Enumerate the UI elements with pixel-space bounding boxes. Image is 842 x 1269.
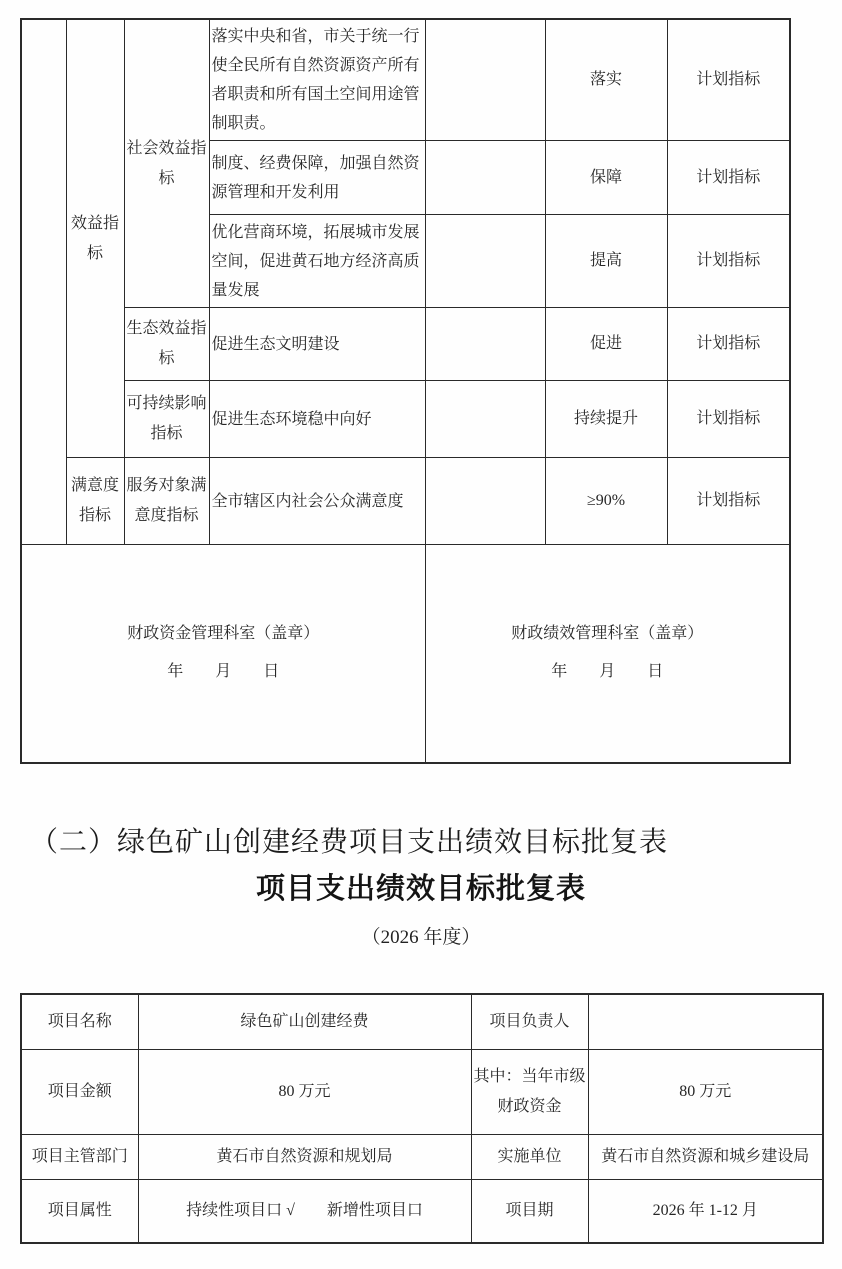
signature-right-org: 财政绩效管理科室（盖章）: [426, 615, 790, 653]
indicator-blank-cell-2: [425, 141, 545, 215]
indicator-type-1: 计划指标: [667, 19, 790, 141]
indicator-type-2: 计划指标: [667, 141, 790, 215]
doc-subtitle: （2026 年度）: [0, 922, 842, 949]
indicator-desc-3: 优化营商环境，拓展城市发展空间，促进黄石地方经济高质量发展: [209, 215, 425, 308]
department-label: 项目主管部门: [21, 1134, 138, 1179]
indicator-desc-4: 促进生态文明建设: [209, 308, 425, 381]
indicator-subgroup-sustain: 可持续影响指标: [124, 381, 209, 458]
project-leader-value: [588, 994, 823, 1049]
indicator-blank-cell-1: [425, 19, 545, 141]
city-funds-value: 80 万元: [588, 1049, 823, 1134]
indicator-type-5: 计划指标: [667, 381, 790, 458]
indicator-desc-5: 促进生态环境稳中向好: [209, 381, 425, 458]
project-amount-value: 80 万元: [138, 1049, 471, 1134]
indicator-blank-cell-5: [425, 381, 545, 458]
indicator-blank-cell-3: [425, 215, 545, 308]
signature-left-date: 年 月 日: [22, 653, 425, 691]
attribute-label: 项目属性: [21, 1179, 138, 1243]
project-name-value: 绿色矿山创建经费: [138, 994, 471, 1049]
indicator-type-4: 计划指标: [667, 308, 790, 381]
indicator-value-1: 落实: [545, 19, 667, 141]
doc-title: 项目支出绩效目标批复表: [0, 866, 842, 907]
project-row-attribute: 项目属性 持续性项目口 √ 新增性项目口 项目期 2026 年 1-12 月: [21, 1179, 823, 1243]
indicator-value-5: 持续提升: [545, 381, 667, 458]
attribute-value: 持续性项目口 √ 新增性项目口: [138, 1179, 471, 1243]
indicator-value-6: ≥90%: [545, 458, 667, 545]
project-row-department: 项目主管部门 黄石市自然资源和规划局 实施单位 黄石市自然资源和城乡建设局: [21, 1134, 823, 1179]
indicator-type-6: 计划指标: [667, 458, 790, 545]
signature-left-cell: 财政资金管理科室（盖章） 年 月 日: [21, 545, 425, 763]
indicator-subgroup-eco: 生态效益指标: [124, 308, 209, 381]
category-empty-cell: [21, 19, 66, 545]
document-page: 效益指标 社会效益指标 落实中央和省，市关于统一行使全民所有自然资源资产所有者职…: [0, 0, 842, 1269]
indicator-value-2: 保障: [545, 141, 667, 215]
project-table: 项目名称 绿色矿山创建经费 项目负责人 项目金额 80 万元 其中：当年市级财政…: [20, 993, 824, 1244]
indicator-desc-6: 全市辖区内社会公众满意度: [209, 458, 425, 545]
implement-unit-label: 实施单位: [471, 1134, 588, 1179]
indicator-desc-2: 制度、经费保障，加强自然资源管理和开发利用: [209, 141, 425, 215]
indicator-value-4: 促进: [545, 308, 667, 381]
indicator-value-3: 提高: [545, 215, 667, 308]
indicator-subgroup-service: 服务对象满意度指标: [124, 458, 209, 545]
signature-right-date: 年 月 日: [426, 653, 790, 691]
section-heading: （二）绿色矿山创建经费项目支出绩效目标批复表: [30, 820, 668, 860]
indicator-blank-cell-6: [425, 458, 545, 545]
signature-right-cell: 财政绩效管理科室（盖章） 年 月 日: [425, 545, 790, 763]
project-row-amount: 项目金额 80 万元 其中：当年市级财政资金 80 万元: [21, 1049, 823, 1134]
indicator-type-3: 计划指标: [667, 215, 790, 308]
indicator-blank-cell-4: [425, 308, 545, 381]
implement-unit-value: 黄石市自然资源和城乡建设局: [588, 1134, 823, 1179]
signature-left-org: 财政资金管理科室（盖章）: [22, 615, 425, 653]
indicator-group-benefit: 效益指标: [66, 19, 124, 458]
period-label: 项目期: [471, 1179, 588, 1243]
project-amount-label: 项目金额: [21, 1049, 138, 1134]
project-row-name: 项目名称 绿色矿山创建经费 项目负责人: [21, 994, 823, 1049]
indicator-subgroup-social: 社会效益指标: [124, 19, 209, 308]
department-value: 黄石市自然资源和规划局: [138, 1134, 471, 1179]
project-name-label: 项目名称: [21, 994, 138, 1049]
indicator-desc-1: 落实中央和省，市关于统一行使全民所有自然资源资产所有者职责和所有国土空间用途管制…: [209, 19, 425, 141]
indicator-group-satisfaction: 满意度指标: [66, 458, 124, 545]
period-value: 2026 年 1-12 月: [588, 1179, 823, 1243]
indicator-table: 效益指标 社会效益指标 落实中央和省，市关于统一行使全民所有自然资源资产所有者职…: [20, 18, 791, 764]
project-leader-label: 项目负责人: [471, 994, 588, 1049]
city-funds-label: 其中：当年市级财政资金: [471, 1049, 588, 1134]
